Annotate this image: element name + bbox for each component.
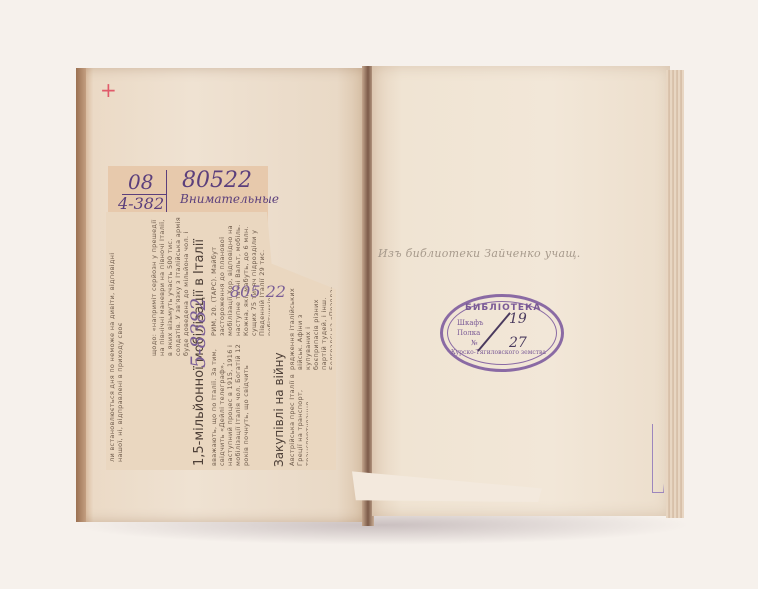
handwritten-number: 805 22 xyxy=(230,282,286,301)
stamp-value: 27 xyxy=(509,335,527,351)
handwritten-title-line: Внимательные xyxy=(180,192,279,206)
label-divider-vertical xyxy=(166,170,167,216)
handwritten-overwrite: 5-8382 xyxy=(186,298,210,368)
clipping-column: ли встановлюється дня по неможе на дивіт… xyxy=(108,242,148,462)
red-mark: + xyxy=(100,80,117,100)
stamp-label: Шкафъ xyxy=(457,319,483,327)
library-stamp: БИБЛІОТЕКА Шкафъ Полка № Курско-Тягиловс… xyxy=(440,294,564,372)
clipping-headline: Закупівлі на війну xyxy=(272,322,286,467)
stamp-label: Полка xyxy=(457,329,480,337)
stamp-value: 19 xyxy=(509,311,527,327)
clipping-column: Австрійська прес Італії в Греції на тран… xyxy=(288,372,308,466)
call-number: 4-382 xyxy=(118,194,164,213)
shelf-number: 08 xyxy=(128,170,153,194)
stamp-label: № xyxy=(471,339,478,347)
inventory-number: 80522 xyxy=(182,168,252,193)
clipping-column: щодо: «наприміт серйозн у прешедії на пі… xyxy=(150,216,190,356)
clipping-column: РИМ, 20. (ТАРС). Майбут застороження до … xyxy=(210,216,270,336)
clipping-column: рядження італійських військ. Афіни з куп… xyxy=(288,282,332,370)
right-endpaper xyxy=(372,66,670,516)
stamp-title: БИБЛІОТЕКА xyxy=(465,303,541,313)
handwritten-inscription: Изъ библиотеки Зайченко учащ. xyxy=(378,247,581,260)
left-cover-edge xyxy=(76,68,86,522)
clipping-column: вважають, що по Італії. За тим, свідчить… xyxy=(210,342,270,466)
stamp-bottom-text: Курско-Тягиловского земства xyxy=(451,349,546,356)
page-block-edge xyxy=(666,70,684,518)
